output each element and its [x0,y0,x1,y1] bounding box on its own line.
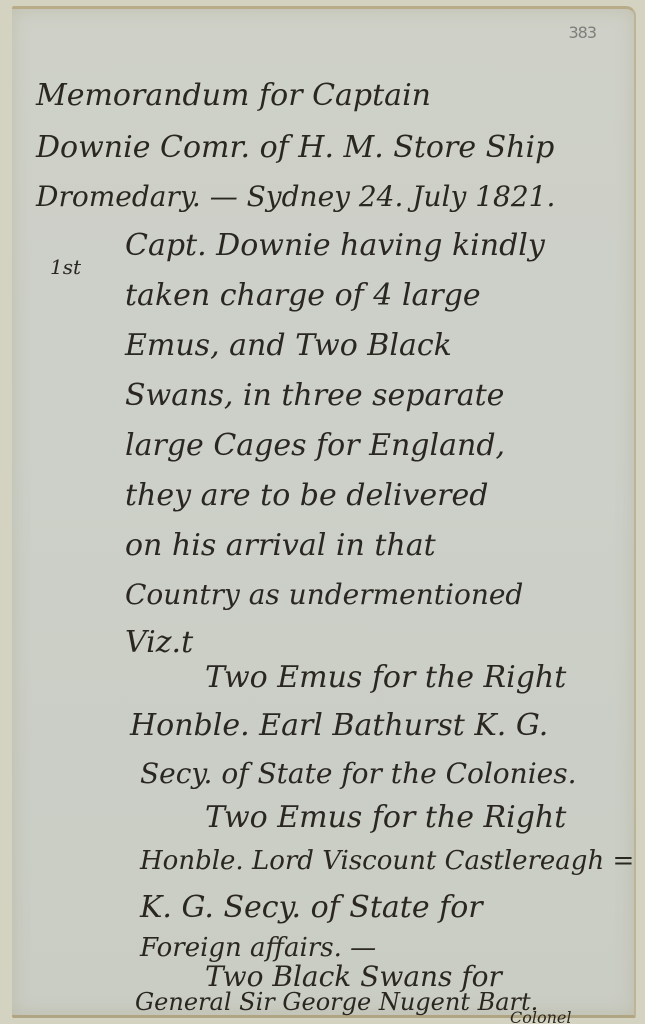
folio-number: 383 [568,23,596,42]
memo-title-line-1: Memorandum for Captain [36,78,431,113]
text-line: they are to be delivered [125,478,488,513]
recipient-line: Honble. Lord Viscount Castlereagh = [140,846,634,876]
memo-title-line-2: Downie Comr. of H. M. Store Ship [36,130,554,165]
text-line: Capt. Downie having kindly [125,228,545,263]
recipient-line: General Sir George Nugent Bart. [135,988,538,1016]
recipient-line: Foreign affairs. — [140,933,376,963]
text-line: Swans, in three separate [125,378,504,413]
text-line: Emus, and Two Black [125,328,452,363]
recipient-line: K. G. Secy. of State for [140,890,483,925]
recipient-line: Colonel [510,1008,572,1024]
recipient-line: Honble. Earl Bathurst K. G. [130,708,548,743]
recipient-line: Two Emus for the Right [205,800,566,835]
text-line: on his arrival in that [125,528,436,563]
recipient-line: Secy. of State for the Colonies. [140,757,577,790]
recipient-line: Two Emus for the Right [205,660,566,695]
margin-note: 1st [50,255,81,279]
text-line: Country as undermentioned [125,578,523,611]
text-line: large Cages for England, [125,428,505,463]
text-line: taken charge of 4 large [125,278,481,313]
memo-title-line-3: Dromedary. — Sydney 24. July 1821. [36,180,555,213]
text-line: Viz.t [125,625,193,660]
